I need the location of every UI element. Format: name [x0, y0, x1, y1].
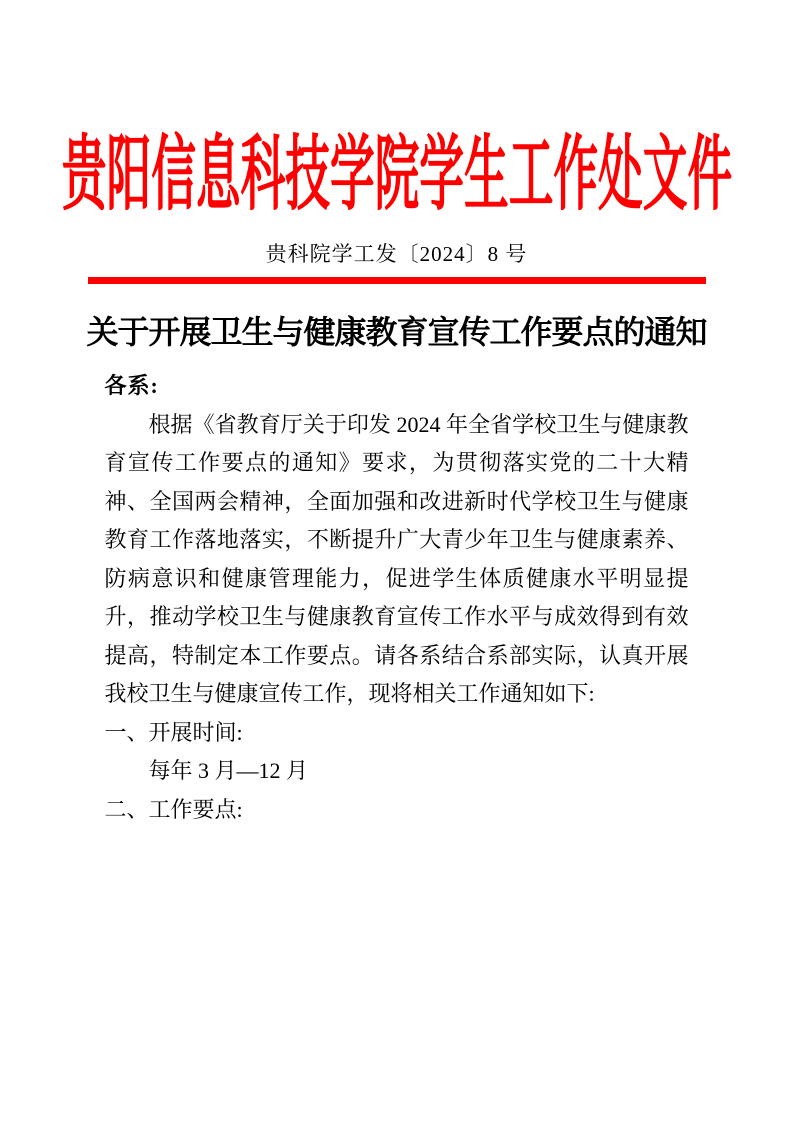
document-page: 贵阳信息科技学院学生工作处文件 贵科院学工发〔2024〕8 号 关于开展卫生与健… — [0, 0, 793, 1122]
section-heading-2: 二、工作要点: — [105, 791, 689, 830]
salutation: 各系: — [105, 367, 689, 406]
letterhead: 贵阳信息科技学院学生工作处文件 — [0, 0, 793, 228]
document-body: 各系: 根据《省教育厅关于印发 2024 年全省学校卫生与健康教育宣传工作要点的… — [105, 367, 689, 829]
document-title: 关于开展卫生与健康教育宣传工作要点的通知 — [0, 313, 793, 351]
red-divider-rule — [88, 277, 706, 284]
body-paragraph: 根据《省教育厅关于印发 2024 年全省学校卫生与健康教育宣传工作要点的通知》要… — [105, 406, 689, 714]
document-number: 贵科院学工发〔2024〕8 号 — [0, 242, 793, 266]
letterhead-org-title: 贵阳信息科技学院学生工作处文件 — [61, 132, 731, 228]
section-content-1: 每年 3 月—12 月 — [105, 752, 689, 791]
section-heading-1: 一、开展时间: — [105, 714, 689, 753]
